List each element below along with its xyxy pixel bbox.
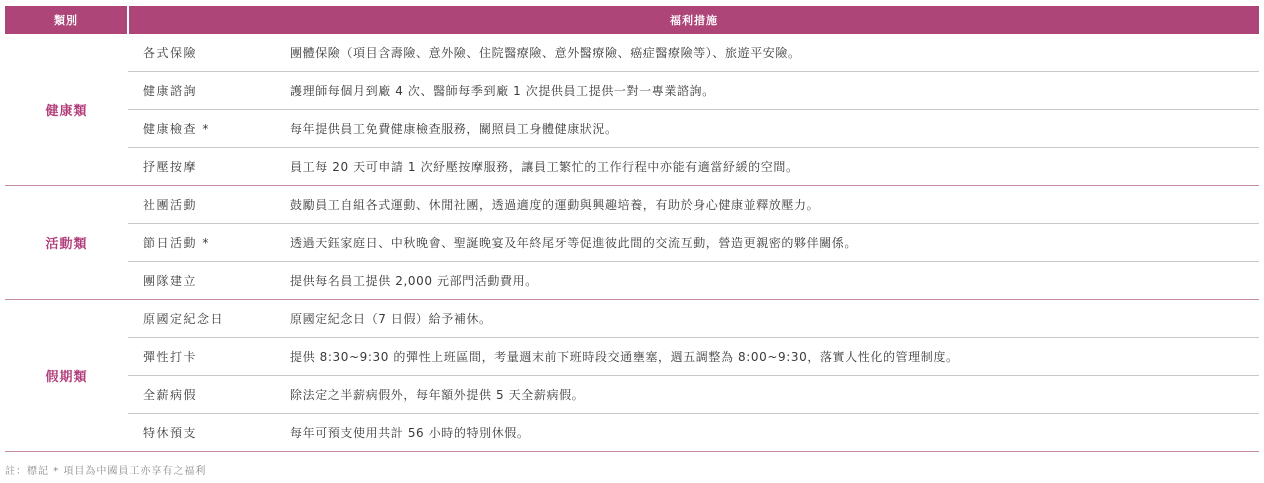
header-benefits: 福利措施	[129, 6, 1259, 34]
header-category: 類別	[5, 6, 127, 34]
item-name: 健康諮詢	[128, 82, 290, 99]
item-name: 健康檢查 *	[128, 120, 290, 137]
table-row: 特休預支每年可預支使用共計 56 小時的特別休假。	[128, 414, 1259, 451]
table-row: 健康諮詢護理師每個月到廠 4 次、醫師每季到廠 1 次提供員工提供一對一專業諮詢…	[128, 72, 1259, 110]
table-row: 全薪病假除法定之半薪病假外，每年額外提供 5 天全薪病假。	[128, 376, 1259, 414]
table-row: 團隊建立提供每名員工提供 2,000 元部門活動費用。	[128, 262, 1259, 299]
footnote: 註：標記 * 項目為中國員工亦享有之福利	[5, 462, 206, 477]
group-health: 健康類 各式保險團體保險（項目含壽險、意外險、住院醫療險、意外醫療險、癌症醫療險…	[5, 34, 1259, 186]
table-row: 健康檢查 *每年提供員工免費健康檢查服務，關照員工身體健康狀況。	[128, 110, 1259, 148]
group-activities: 活動類 社團活動鼓勵員工自組各式運動、休閒社團，透過適度的運動與興趣培養，有助於…	[5, 186, 1259, 300]
item-name: 社團活動	[128, 196, 290, 213]
table-row: 抒壓按摩員工每 20 天可申請 1 次紓壓按摩服務，讓員工繁忙的工作行程中亦能有…	[128, 148, 1259, 185]
item-name: 全薪病假	[128, 386, 290, 403]
item-desc: 每年提供員工免費健康檢查服務，關照員工身體健康狀況。	[290, 120, 1259, 137]
category-label: 活動類	[5, 186, 128, 299]
table-row: 彈性打卡提供 8:30~9:30 的彈性上班區間，考量週末前下班時段交通壅塞，週…	[128, 338, 1259, 376]
item-desc: 每年可預支使用共計 56 小時的特別休假。	[290, 424, 1259, 441]
item-desc: 提供每名員工提供 2,000 元部門活動費用。	[290, 272, 1259, 289]
item-name: 各式保險	[128, 44, 290, 61]
item-desc: 護理師每個月到廠 4 次、醫師每季到廠 1 次提供員工提供一對一專業諮詢。	[290, 82, 1259, 99]
table-row: 各式保險團體保險（項目含壽險、意外險、住院醫療險、意外醫療險、癌症醫療險等）、旅…	[128, 34, 1259, 72]
item-desc: 透過天鈺家庭日、中秋晚會、聖誕晚宴及年終尾牙等促進彼此間的交流互動，營造更親密的…	[290, 234, 1259, 251]
benefits-table: 類別 福利措施 健康類 各式保險團體保險（項目含壽險、意外險、住院醫療險、意外醫…	[5, 6, 1259, 452]
item-name: 團隊建立	[128, 272, 290, 289]
item-desc: 鼓勵員工自組各式運動、休閒社團，透過適度的運動與興趣培養，有助於身心健康並釋放壓…	[290, 196, 1259, 213]
item-desc: 除法定之半薪病假外，每年額外提供 5 天全薪病假。	[290, 386, 1259, 403]
item-desc: 提供 8:30~9:30 的彈性上班區間，考量週末前下班時段交通壅塞，週五調整為…	[290, 348, 1259, 365]
table-row: 原國定紀念日原國定紀念日（7 日假）給予補休。	[128, 300, 1259, 338]
table-row: 節日活動 *透過天鈺家庭日、中秋晚會、聖誕晚宴及年終尾牙等促進彼此間的交流互動，…	[128, 224, 1259, 262]
item-desc: 團體保險（項目含壽險、意外險、住院醫療險、意外醫療險、癌症醫療險等）、旅遊平安險…	[290, 44, 1259, 61]
table-row: 社團活動鼓勵員工自組各式運動、休閒社團，透過適度的運動與興趣培養，有助於身心健康…	[128, 186, 1259, 224]
item-name: 節日活動 *	[128, 234, 290, 251]
category-label: 健康類	[5, 34, 128, 185]
group-leave: 假期類 原國定紀念日原國定紀念日（7 日假）給予補休。 彈性打卡提供 8:30~…	[5, 300, 1259, 452]
item-name: 彈性打卡	[128, 348, 290, 365]
item-name: 特休預支	[128, 424, 290, 441]
table-header: 類別 福利措施	[5, 6, 1259, 34]
category-label: 假期類	[5, 300, 128, 451]
item-name: 原國定紀念日	[128, 310, 290, 327]
item-name: 抒壓按摩	[128, 158, 290, 175]
item-desc: 原國定紀念日（7 日假）給予補休。	[290, 310, 1259, 327]
item-desc: 員工每 20 天可申請 1 次紓壓按摩服務，讓員工繁忙的工作行程中亦能有適當紓緩…	[290, 158, 1259, 175]
